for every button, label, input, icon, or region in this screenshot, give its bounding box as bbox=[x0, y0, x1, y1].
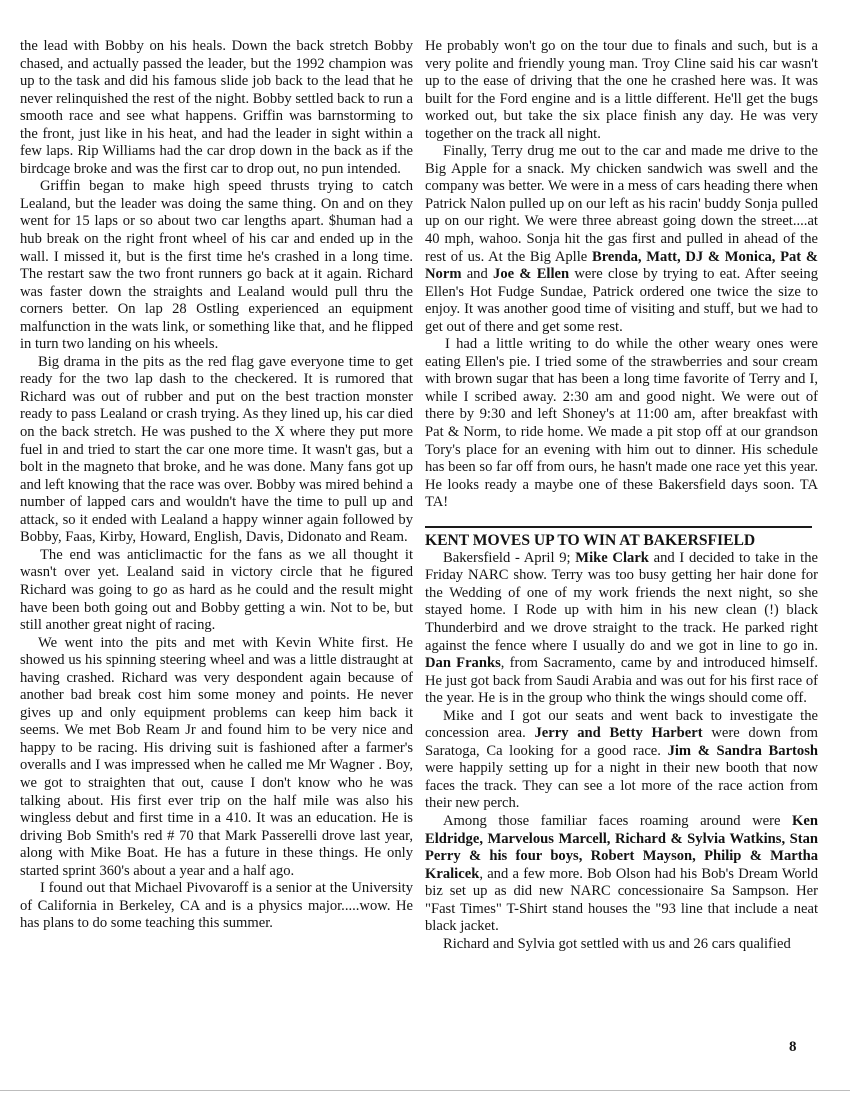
paragraph: the lead with Bobby on his heals. Down t… bbox=[20, 38, 413, 178]
left-column: the lead with Bobby on his heals. Down t… bbox=[20, 38, 413, 933]
text-run: were happily setting up for a night in t… bbox=[425, 760, 818, 811]
right-column: He probably won't go on the tour due to … bbox=[425, 38, 818, 953]
paragraph: Among those familiar faces roaming aroun… bbox=[425, 813, 818, 936]
name-bold: Jerry and Betty Harbert bbox=[534, 725, 702, 741]
names-bold: Joe & Ellen bbox=[493, 266, 569, 282]
name-bold: Mike Clark bbox=[575, 550, 649, 566]
paragraph: We went into the pits and met with Kevin… bbox=[20, 635, 413, 881]
text-run: and bbox=[461, 266, 493, 282]
paragraph: Finally, Terry drug me out to the car an… bbox=[425, 143, 818, 336]
name-bold: Jim & Sandra Bartosh bbox=[668, 743, 818, 759]
paragraph: Mike and I got our seats and went back t… bbox=[425, 708, 818, 813]
section-divider bbox=[425, 526, 812, 528]
text-run: Bakersfield - April 9; bbox=[443, 550, 575, 566]
paragraph: Griffin began to make high speed thrusts… bbox=[20, 178, 413, 353]
paragraph: I found out that Michael Pivovaroff is a… bbox=[20, 880, 413, 933]
paragraph: I had a little writing to do while the o… bbox=[425, 336, 818, 511]
page-number: 8 bbox=[789, 1039, 797, 1056]
text-run: , and a few more. Bob Olson had his Bob'… bbox=[425, 866, 818, 935]
paragraph: The end was anticlimactic for the fans a… bbox=[20, 547, 413, 635]
paragraph: Bakersfield - April 9; Mike Clark and I … bbox=[425, 550, 818, 708]
name-bold: Dan Franks bbox=[425, 655, 501, 671]
paragraph: Big drama in the pits as the red flag ga… bbox=[20, 354, 413, 547]
text-run: Finally, Terry drug me out to the car an… bbox=[425, 143, 818, 264]
text-run: Among those familiar faces roaming aroun… bbox=[443, 813, 792, 829]
page-edge-line bbox=[0, 1090, 850, 1091]
paragraph: He probably won't go on the tour due to … bbox=[425, 38, 818, 143]
paragraph: Richard and Sylvia got settled with us a… bbox=[425, 936, 818, 954]
article-headline: KENT MOVES UP TO WIN AT BAKERSFIELD bbox=[425, 532, 818, 550]
